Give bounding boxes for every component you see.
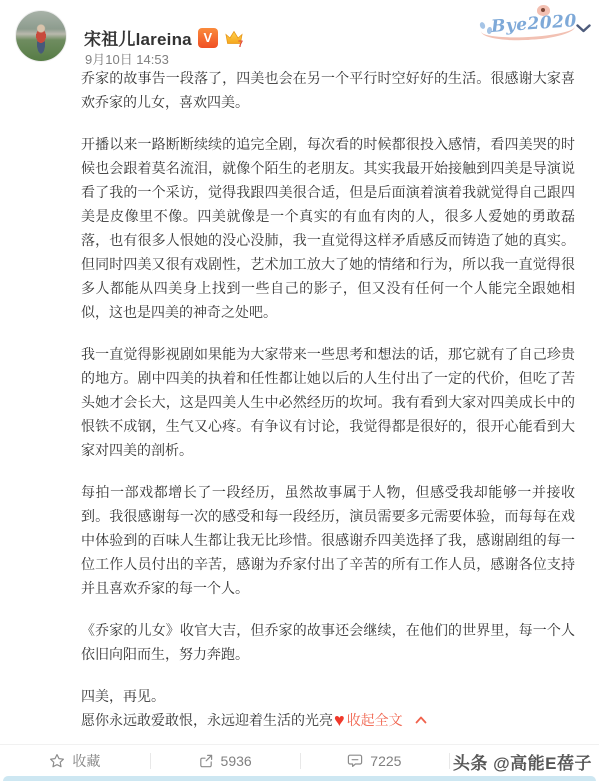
- repost-icon: [198, 753, 214, 769]
- comment-button[interactable]: 7225: [300, 745, 450, 776]
- heart-icon: ♥: [333, 710, 347, 730]
- comment-count: 7225: [370, 753, 401, 769]
- post-paragraph: 开播以来一路断断续续的追完全剧，每次看的时候都很投入感情，看四美哭的时候也会跟着…: [81, 132, 575, 324]
- vip-level-number: 7: [238, 39, 243, 48]
- action-bar: 收藏 5936 7225: [0, 744, 599, 776]
- vip-crown-icon: 7: [224, 28, 245, 48]
- collapse-full-text-link[interactable]: 收起全文: [347, 712, 427, 728]
- star-icon: [49, 753, 65, 769]
- post-paragraph: 我一直觉得影视剧如果能为大家带来一些思考和想法的话，那它就有了自己珍贵的地方。剧…: [81, 342, 575, 462]
- chevron-up-icon: [415, 716, 427, 724]
- post-paragraph: 四美，再见。: [81, 684, 575, 708]
- comment-box-top-edge: [3, 776, 596, 781]
- final-line-text: 愿你永远敢爱敢恨，永远迎着生活的光亮: [81, 712, 333, 728]
- favorite-button[interactable]: 收藏: [0, 745, 150, 776]
- post-final-line: 愿你永远敢爱敢恨，永远迎着生活的光亮♥收起全文: [81, 708, 575, 732]
- verified-v-icon: V: [198, 28, 218, 48]
- post-body: 乔家的故事告一段落了，四美也会在另一个平行时空好好的生活。很感谢大家喜欢乔家的儿…: [81, 66, 575, 732]
- repost-button[interactable]: 5936: [150, 745, 300, 776]
- repost-count: 5936: [221, 753, 252, 769]
- like-button[interactable]: [449, 745, 599, 776]
- favorite-label: 收藏: [72, 751, 100, 771]
- chevron-down-icon[interactable]: [576, 20, 591, 38]
- collapse-label: 收起全文: [347, 712, 403, 728]
- bye2020-decoration: Bye2020: [479, 6, 591, 48]
- user-row: 宋祖儿lareina V 7: [84, 25, 245, 50]
- avatar[interactable]: [15, 10, 67, 62]
- post-paragraph: 《乔家的儿女》收官大吉，但乔家的故事还会继续，在他们的世界里，每一个人依旧向阳而…: [81, 618, 575, 666]
- comment-icon: [347, 753, 363, 768]
- post-paragraph: 乔家的故事告一段落了，四美也会在另一个平行时空好好的生活。很感谢大家喜欢乔家的儿…: [81, 66, 575, 114]
- post-paragraph: 每拍一部戏都增长了一段经历，虽然故事属于人物，但感受我却能够一并接收到。我很感谢…: [81, 480, 575, 600]
- weibo-post-card: 宋祖儿lareina V 7 9月10日 14:53 Bye2020: [0, 0, 599, 781]
- username-link[interactable]: 宋祖儿lareina: [84, 25, 192, 50]
